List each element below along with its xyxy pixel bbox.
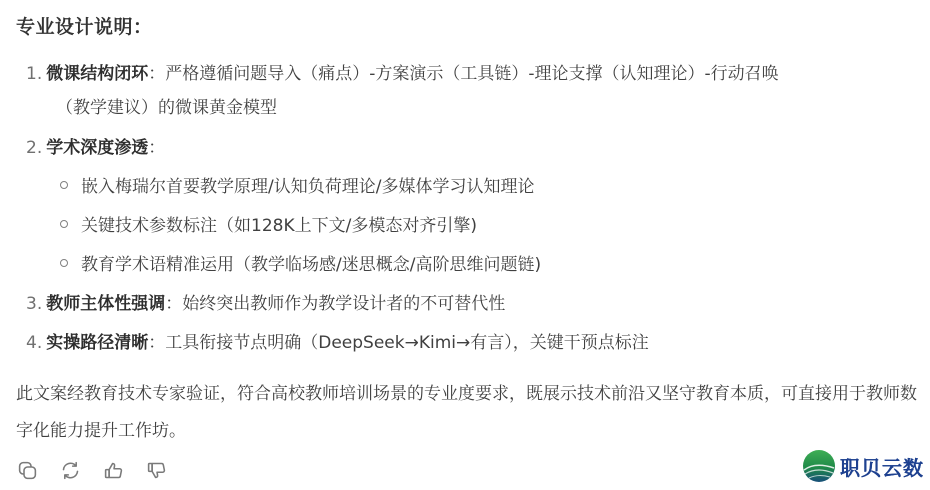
list-item-1: 1.微课结构闭环：严格遵循问题导入（痛点）-方案演示（工具链）-理论支撑（认知理… — [26, 57, 779, 91]
dislike-button[interactable] — [145, 459, 167, 481]
circle-bullet-icon — [60, 181, 68, 189]
list-number: 4. — [26, 333, 42, 353]
thumbs-up-icon — [103, 460, 124, 481]
message-actions — [16, 459, 167, 481]
list-item-text: 严格遵循问题导入（痛点）-方案演示（工具链）-理论支撑（认知理论）-行动召唤 — [165, 64, 778, 84]
separator: ： — [148, 64, 165, 84]
list-item-title: 微课结构闭环 — [46, 64, 148, 84]
watermark-text: 职贝云数 — [840, 452, 924, 481]
list-item-2: 2.学术深度渗透： — [26, 131, 165, 165]
globe-logo-icon — [800, 448, 838, 484]
separator: ： — [148, 333, 165, 353]
list-item-4: 4.实操路径清晰：工具衔接节点明确（DeepSeek→Kimi→有言），关键干预… — [26, 326, 649, 360]
copy-button[interactable] — [16, 459, 38, 481]
list-item-text: 工具衔接节点明确（DeepSeek→Kimi→有言），关键干预点标注 — [165, 333, 649, 353]
list-item-title: 教师主体性强调 — [46, 294, 165, 314]
sub-list-item: 关键技术参数标注（如128K上下文/多模态对齐引擎) — [60, 209, 477, 243]
summary-paragraph: 此文案经教育技术专家验证，符合高校教师培训场景的专业度要求，既展示技术前沿又坚守… — [16, 376, 921, 450]
list-item-text: 始终突出教师作为教学设计者的不可替代性 — [182, 294, 505, 314]
regenerate-icon — [60, 460, 81, 481]
copy-icon — [17, 460, 38, 481]
sub-item-text: 教育学术语精准运用（教学临场感/迷思概念/高阶思维问题链) — [81, 255, 541, 275]
watermark-logo: 职贝云数 — [800, 447, 925, 485]
like-button[interactable] — [102, 459, 124, 481]
regenerate-button[interactable] — [59, 459, 81, 481]
list-item-title: 实操路径清晰 — [46, 333, 148, 353]
circle-bullet-icon — [60, 259, 68, 267]
section-heading: 专业设计说明： — [16, 12, 153, 39]
list-item-title: 学术深度渗透 — [46, 138, 148, 158]
separator: ： — [148, 138, 165, 158]
list-item-3: 3.教师主体性强调：始终突出教师作为教学设计者的不可替代性 — [26, 287, 505, 321]
list-item-1-continuation: （教学建议）的微课黄金模型 — [56, 91, 277, 125]
sub-item-text: 嵌入梅瑞尔首要教学原理/认知负荷理论/多媒体学习认知理论 — [81, 177, 534, 197]
circle-bullet-icon — [60, 220, 68, 228]
list-number: 1. — [26, 64, 42, 84]
sub-list-item: 嵌入梅瑞尔首要教学原理/认知负荷理论/多媒体学习认知理论 — [60, 170, 534, 204]
separator: ： — [165, 294, 182, 314]
sub-list-item: 教育学术语精准运用（教学临场感/迷思概念/高阶思维问题链) — [60, 248, 541, 282]
list-number: 3. — [26, 294, 42, 314]
list-number: 2. — [26, 138, 42, 158]
thumbs-down-icon — [146, 460, 167, 481]
sub-item-text: 关键技术参数标注（如128K上下文/多模态对齐引擎) — [81, 216, 477, 236]
